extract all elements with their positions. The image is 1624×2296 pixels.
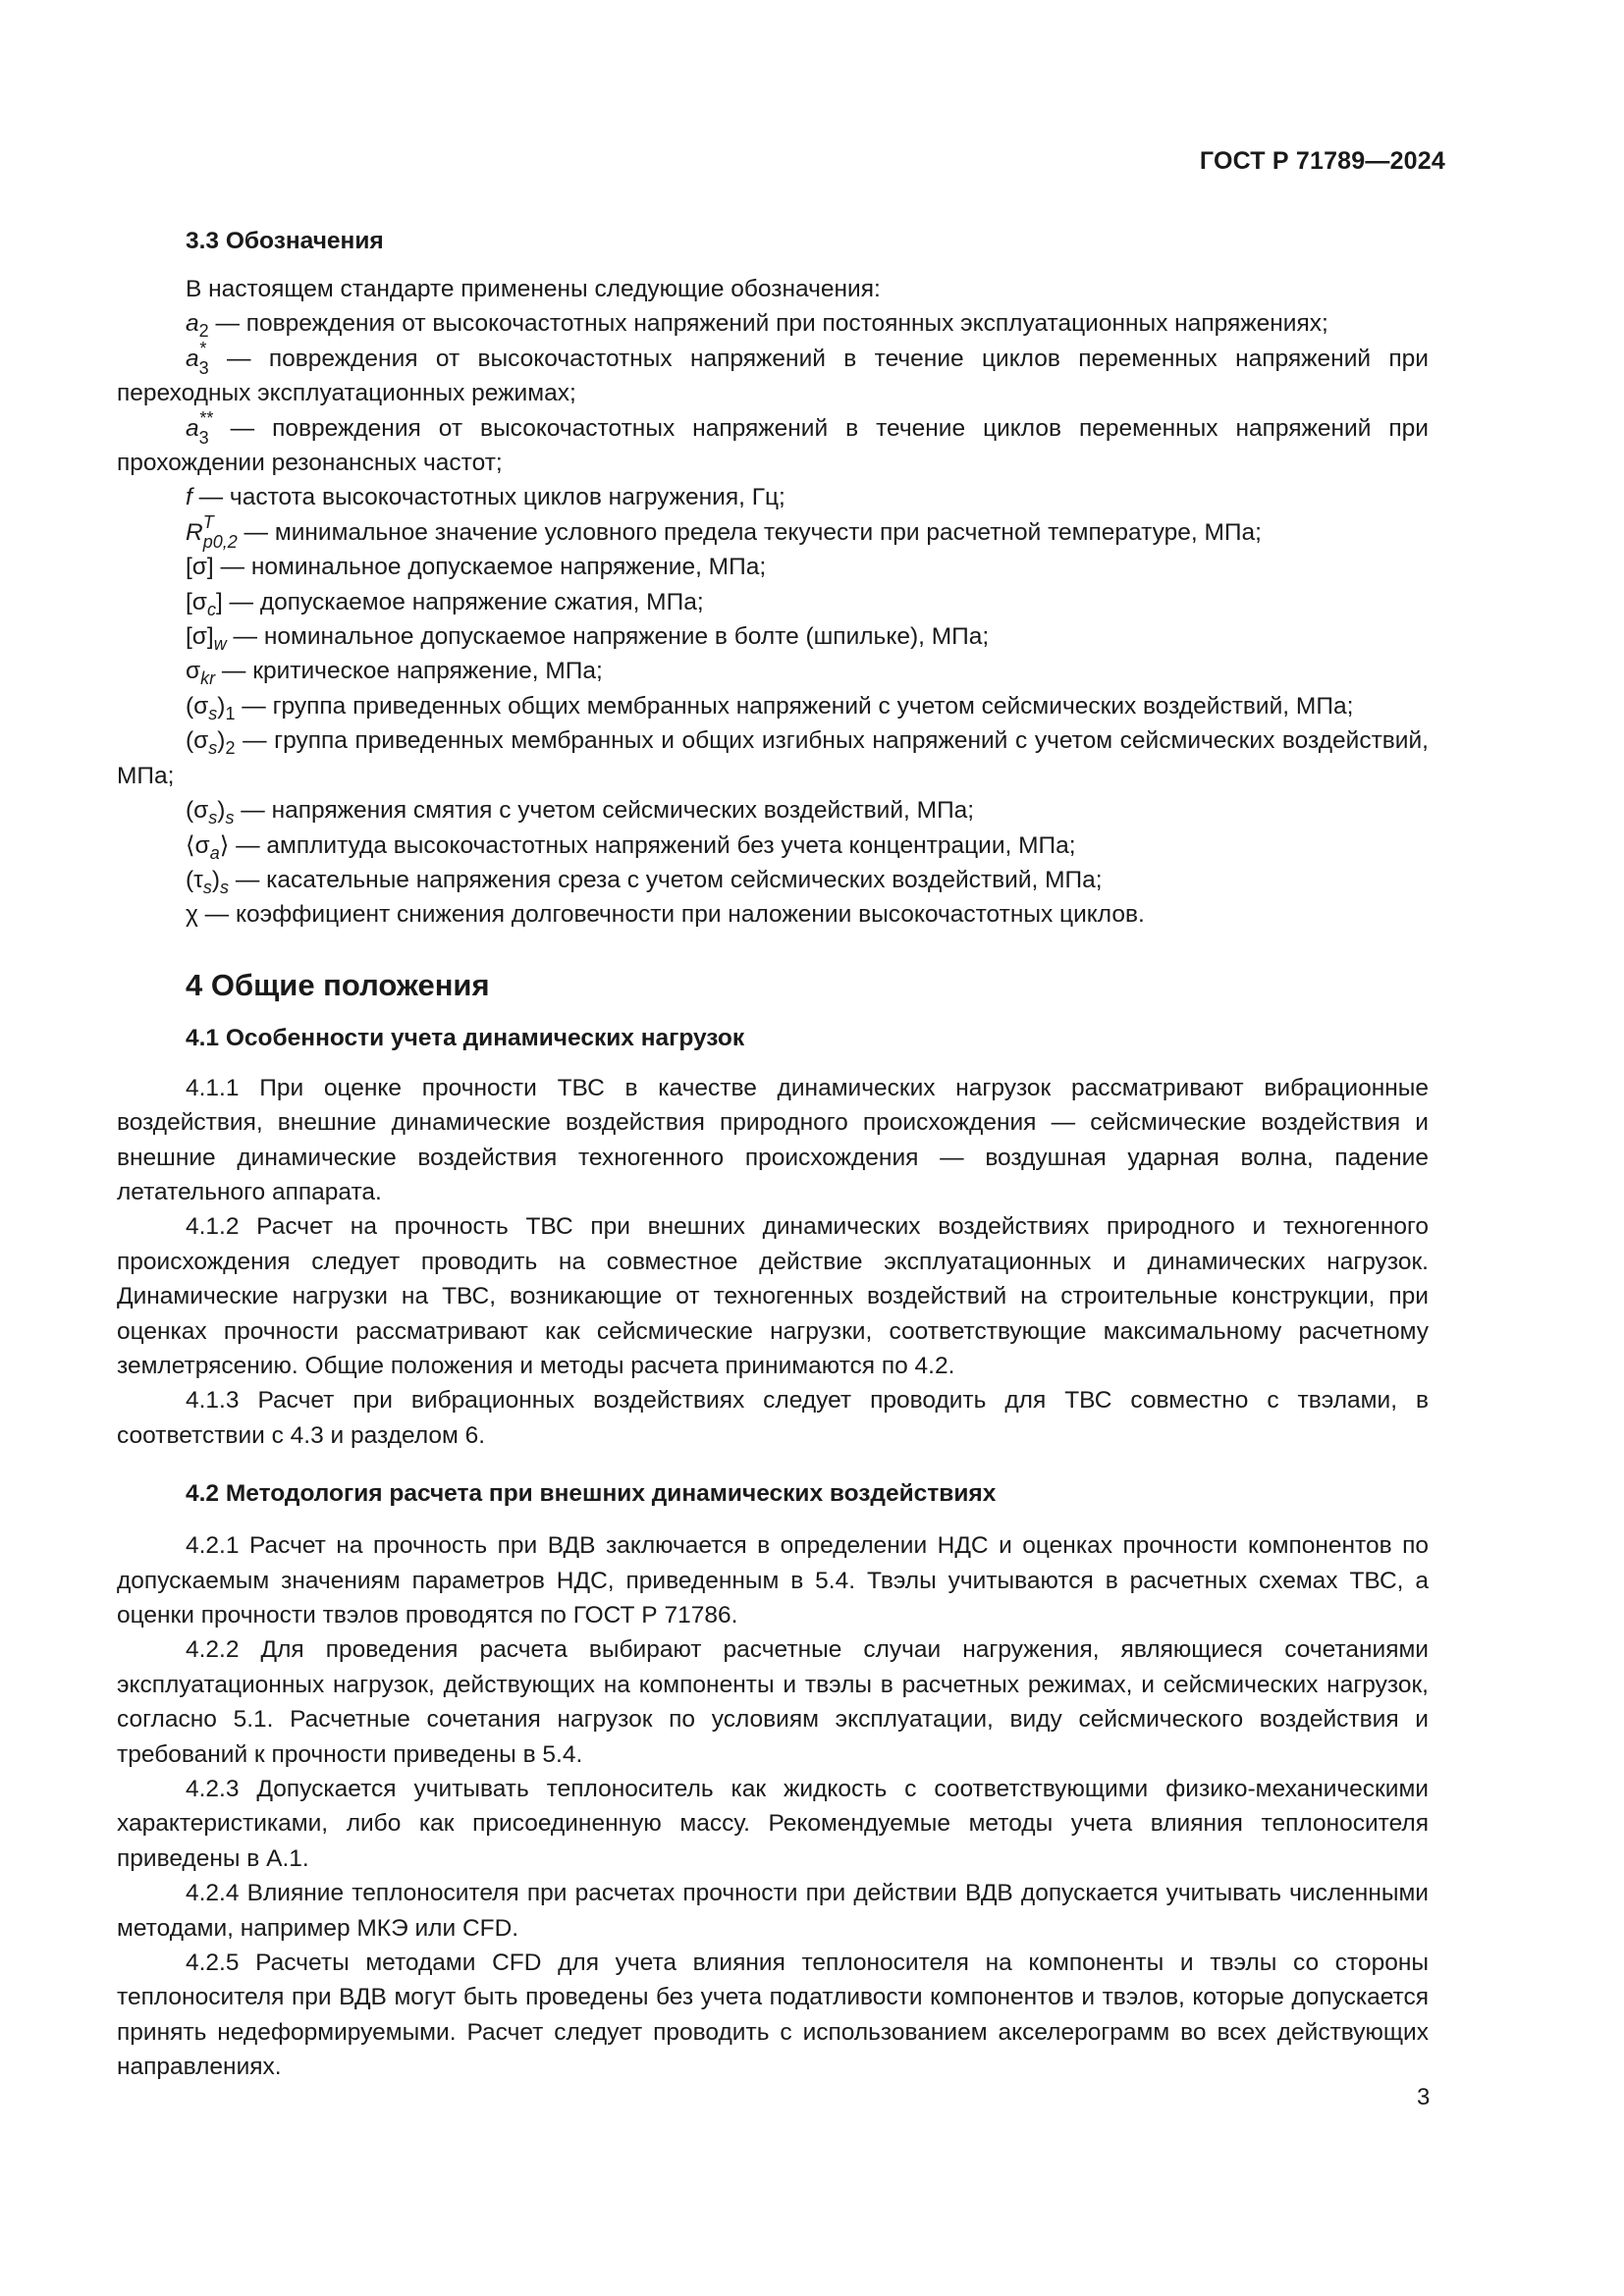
definition-symbol: χ: [186, 901, 198, 928]
definition-item: (σs)s — напряжения смятия с учетом сейсм…: [117, 793, 1429, 828]
definition-symbol: [σ]w: [186, 623, 227, 650]
definition-symbol: a2: [186, 310, 209, 337]
definition-symbol: (σs)2: [186, 727, 235, 754]
document-body: 3.3 Обозначения В настоящем стандарте пр…: [117, 224, 1429, 2085]
definition-item: (τs)s — касательные напряжения среза с у…: [117, 863, 1429, 897]
definition-text: — допускаемое напряжение сжатия, МПа;: [223, 589, 704, 615]
definition-symbol: a**3: [186, 415, 213, 442]
definition-text: — критическое напряжение, МПа;: [215, 658, 603, 684]
definition-text: — группа приведенных общих мембранных на…: [235, 693, 1353, 720]
definition-text: — группа приведенных мембранных и общих …: [117, 727, 1429, 788]
definition-text: — повреждения от высокочастотных напряже…: [117, 415, 1429, 476]
paragraph-4-1-1: 4.1.1 При оценке прочности ТВС в качеств…: [117, 1071, 1429, 1210]
section-4-title: 4 Общие положения: [186, 966, 1429, 1005]
definition-item: (σs)1 — группа приведенных общих мембран…: [117, 689, 1429, 723]
definition-item: a2 — повреждения от высокочастотных напр…: [117, 306, 1429, 341]
definition-text: — номинальное допускаемое напряжение, МП…: [214, 554, 766, 580]
definition-item: [σ] — номинальное допускаемое напряжение…: [117, 550, 1429, 584]
paragraph-4-2-1: 4.2.1 Расчет на прочность при ВДВ заключ…: [117, 1528, 1429, 1632]
definition-item: [σc] — допускаемое напряжение сжатия, МП…: [117, 585, 1429, 619]
definition-item: ⟨σa⟩ — амплитуда высокочастотных напряже…: [117, 828, 1429, 863]
definitions-list: a2 — повреждения от высокочастотных напр…: [117, 306, 1429, 932]
definition-item: f — частота высокочастотных циклов нагру…: [117, 480, 1429, 514]
paragraph-4-1-3: 4.1.3 Расчет при вибрационных воздействи…: [117, 1383, 1429, 1453]
paragraph-4-2-3: 4.2.3 Допускается учитывать теплоносител…: [117, 1772, 1429, 1876]
definition-text: — минимальное значение условного предела…: [238, 519, 1262, 546]
definition-symbol: RTp0,2: [186, 519, 238, 546]
section-4-2-title: 4.2 Методология расчета при внешних дина…: [186, 1476, 1429, 1511]
definition-symbol: [σc]: [186, 589, 223, 615]
definition-text: — номинальное допускаемое напряжение в б…: [227, 623, 989, 650]
definition-item: χ — коэффициент снижения долговечности п…: [117, 897, 1429, 932]
definition-item: a*3 — повреждения от высокочастотных нап…: [117, 342, 1429, 411]
document-header-id: ГОСТ Р 71789—2024: [1200, 147, 1445, 176]
definition-item: RTp0,2 — минимальное значение условного …: [117, 515, 1429, 550]
definition-item: a**3 — повреждения от высокочастотных на…: [117, 411, 1429, 481]
paragraph-4-2-5: 4.2.5 Расчеты методами CFD для учета вли…: [117, 1946, 1429, 2085]
definition-text: — напряжения смятия с учетом сейсмически…: [234, 797, 974, 824]
definition-item: [σ]w — номинальное допускаемое напряжени…: [117, 619, 1429, 654]
definition-symbol: f: [186, 484, 192, 510]
definition-text: — касательные напряжения среза с учетом …: [229, 867, 1103, 893]
paragraph-4-2-4: 4.2.4 Влияние теплоносителя при расчетах…: [117, 1876, 1429, 1946]
definition-symbol: (σs)1: [186, 693, 235, 720]
section-3-3-title: 3.3 Обозначения: [186, 224, 1429, 258]
paragraph-4-1-2: 4.1.2 Расчет на прочность ТВС при внешни…: [117, 1209, 1429, 1383]
definition-text: — амплитуда высокочастотных напряжений б…: [229, 832, 1075, 859]
definition-symbol: [σ]: [186, 554, 214, 580]
definition-symbol: a*3: [186, 346, 209, 372]
definition-symbol: (τs)s: [186, 867, 229, 893]
definition-item: σkr — критическое напряжение, МПа;: [117, 654, 1429, 688]
definition-text: — частота высокочастотных циклов нагруже…: [192, 484, 785, 510]
definition-text: — коэффициент снижения долговечности при…: [198, 901, 1145, 928]
section-4-1-title: 4.1 Особенности учета динамических нагру…: [186, 1021, 1429, 1055]
document-page: ГОСТ Р 71789—2024 3.3 Обозначения В наст…: [0, 0, 1624, 2296]
paragraph-4-2-2: 4.2.2 Для проведения расчета выбирают ра…: [117, 1632, 1429, 1772]
definition-item: (σs)2 — группа приведенных мембранных и …: [117, 723, 1429, 793]
definition-text: — повреждения от высокочастотных напряже…: [117, 346, 1429, 406]
section-3-3-intro: В настоящем стандарте применены следующи…: [117, 272, 1429, 306]
definition-symbol: σkr: [186, 658, 215, 684]
definition-text: — повреждения от высокочастотных напряже…: [209, 310, 1328, 337]
definition-symbol: (σs)s: [186, 797, 234, 824]
definition-symbol: ⟨σa⟩: [186, 832, 229, 859]
page-number: 3: [1417, 2084, 1430, 2111]
